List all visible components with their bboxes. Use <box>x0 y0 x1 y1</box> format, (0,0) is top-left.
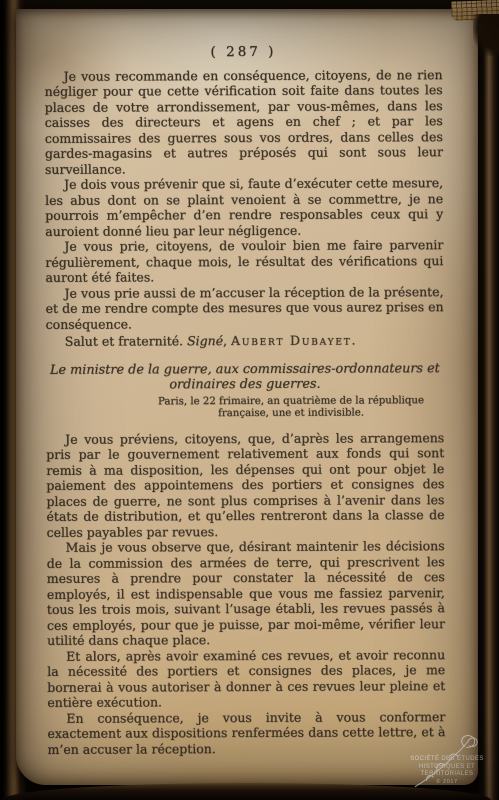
letter2-dateline: Paris, le 22 frimaire, an quatrième de l… <box>142 395 440 421</box>
signature-period: . <box>351 333 355 348</box>
watermark: SOCIÉTÉ DES ÉTUDES HISTORIQUES ET TERRIT… <box>397 741 497 795</box>
letter1-paragraph: Je dois vous prévenir que si, faute d’ex… <box>45 175 443 239</box>
salutation-text: Salut et fraternité. <box>65 333 187 349</box>
watermark-year: © 2017 <box>397 779 497 787</box>
letter1-paragraph: Je vous prie, citoyens, de vouloir bien … <box>45 237 443 285</box>
watermark-line1: SOCIÉTÉ DES ÉTUDES <box>397 756 497 764</box>
signature-line: Salut et fraternité. Signé, Aubert Dubay… <box>46 332 444 349</box>
letter2-paragraph: Je vous préviens, citoyens, que, d’après… <box>46 430 444 540</box>
page-text-block: ( 287 ) Je vous recommande en conséquenc… <box>44 44 445 757</box>
letter2-paragraph: Et alors, après avoir examiné ces revues… <box>47 647 445 711</box>
book-page: ( 287 ) Je vous recommande en conséquenc… <box>16 9 478 785</box>
letter1-paragraph: Je vous recommande en conséquence, citoy… <box>45 67 443 177</box>
letter2-paragraph: En conséquence, je vous invite à vous co… <box>47 709 445 757</box>
letter2-paragraph: Mais je vous observe que, désirant maint… <box>47 538 445 648</box>
letter1-paragraph: Je vous prie aussi de m’accuser la récep… <box>45 284 443 332</box>
letter2-heading: Le ministre de la guerre, aux commissair… <box>48 361 442 393</box>
watermark-text: SOCIÉTÉ DES ÉTUDES HISTORIQUES ET TERRIT… <box>397 756 497 786</box>
page-edge-stack <box>477 0 499 800</box>
signatory-name: Aubert Dubayet <box>231 333 352 349</box>
page-number: ( 287 ) <box>44 44 442 61</box>
signe-word: Signé <box>187 333 223 348</box>
watermark-line2: HISTORIQUES ET TERRITORIALES <box>397 764 497 779</box>
book-photo: ( 287 ) Je vous recommande en conséquenc… <box>0 0 499 800</box>
corner-shadow <box>473 14 499 56</box>
